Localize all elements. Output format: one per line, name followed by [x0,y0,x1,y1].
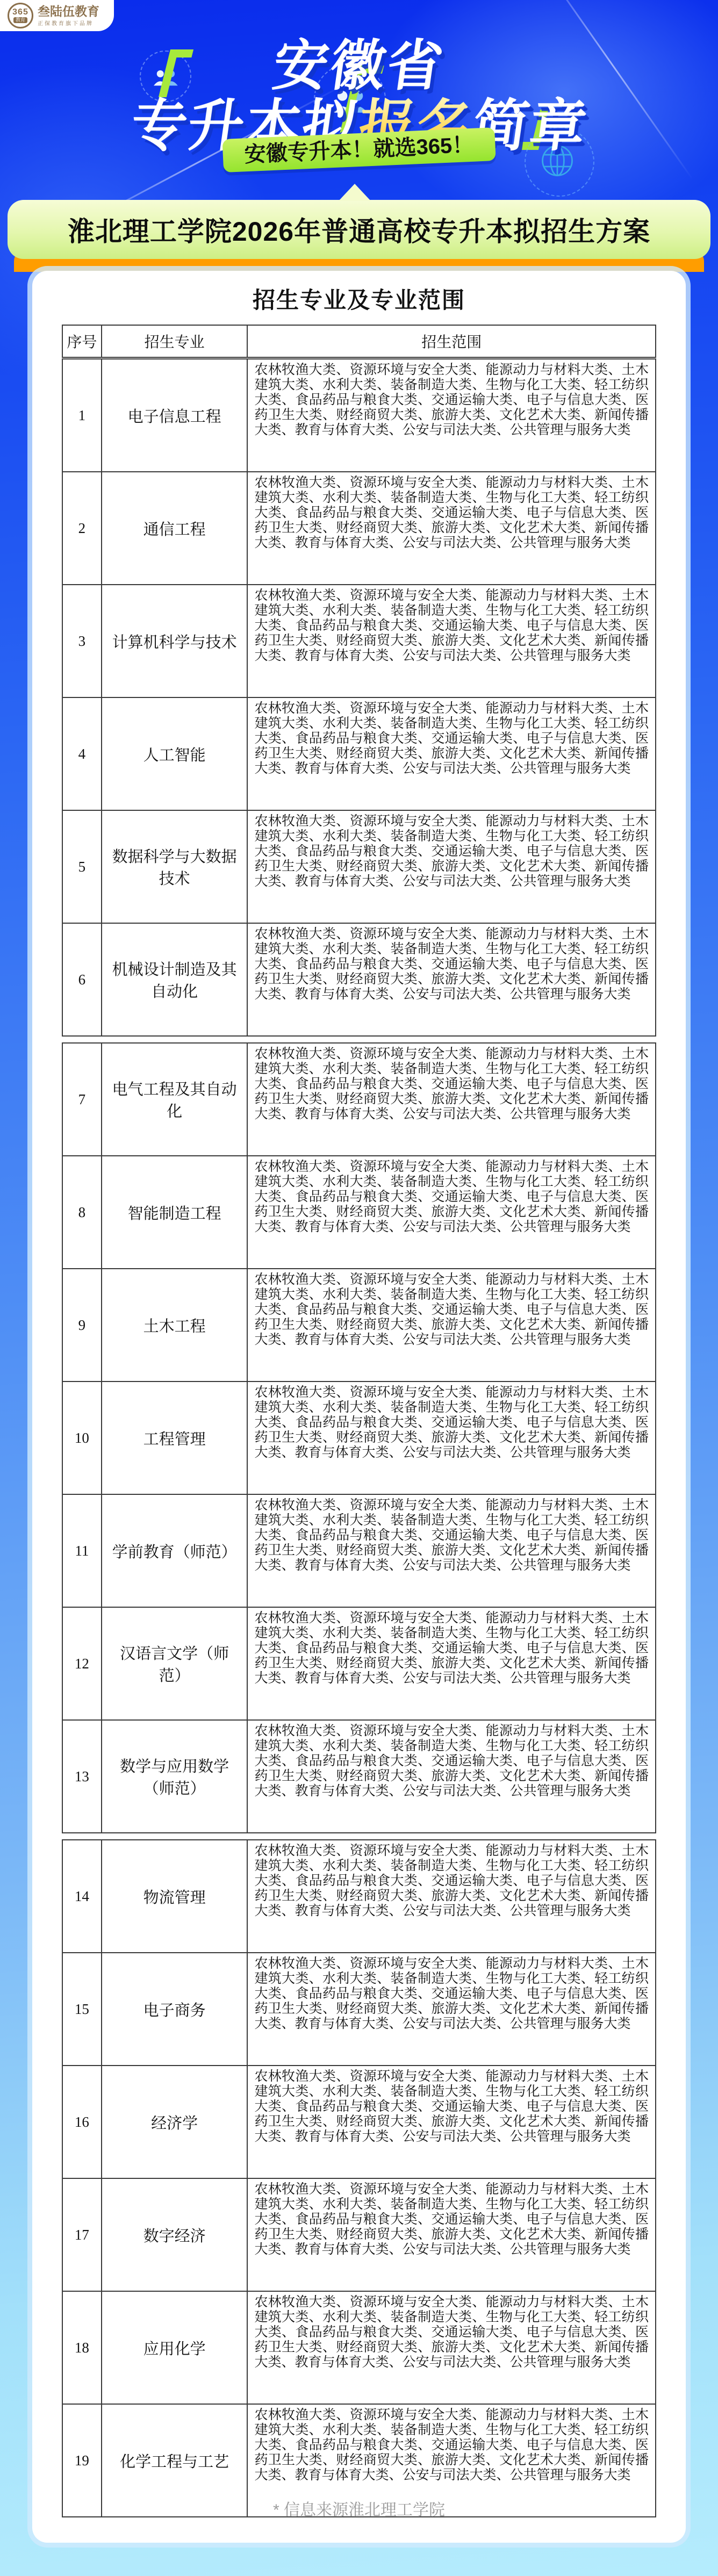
cell-major-name: 物流管理 [102,1840,248,1953]
table-row: 5数据科学与大数据技术农林牧渔大类、资源环境与安全大类、能源动力与材料大类、土木… [62,810,656,923]
table-row: 7电气工程及其自动化农林牧渔大类、资源环境与安全大类、能源动力与材料大类、土木建… [62,1043,656,1156]
cell-serial-number: 9 [62,1269,102,1381]
majors-table-zone: 序号招生专业招生范围1电子信息工程农林牧渔大类、资源环境与安全大类、能源动力与材… [62,325,656,2523]
cell-scope: 农林牧渔大类、资源环境与安全大类、能源动力与材料大类、土木建筑大类、水利大类、装… [247,2066,656,2178]
cell-scope: 农林牧渔大类、资源环境与安全大类、能源动力与材料大类、土木建筑大类、水利大类、装… [247,1720,656,1833]
cell-serial-number: 1 [62,358,102,472]
scope-text: 农林牧渔大类、资源环境与安全大类、能源动力与材料大类、土木建筑大类、水利大类、装… [254,1272,649,1378]
table-row: 3计算机科学与技术农林牧渔大类、资源环境与安全大类、能源动力与材料大类、土木建筑… [62,585,656,697]
cell-scope: 农林牧渔大类、资源环境与安全大类、能源动力与材料大类、土木建筑大类、水利大类、装… [247,1043,656,1156]
table-row: 14物流管理农林牧渔大类、资源环境与安全大类、能源动力与材料大类、土木建筑大类、… [62,1840,656,1953]
cell-serial-number: 4 [62,697,102,810]
cell-serial-number: 18 [62,2291,102,2404]
cell-scope: 农林牧渔大类、资源环境与安全大类、能源动力与材料大类、土木建筑大类、水利大类、装… [247,585,656,697]
scope-text: 农林牧渔大类、资源环境与安全大类、能源动力与材料大类、土木建筑大类、水利大类、装… [254,2182,649,2287]
majors-table-segment: 序号招生专业招生范围1电子信息工程农林牧渔大类、资源环境与安全大类、能源动力与材… [62,325,656,1037]
poster-page: 365 教育 叁陆伍教育 正保教育旗下品牌 [0,0,718,2576]
cell-serial-number: 13 [62,1720,102,1833]
scope-text: 农林牧渔大类、资源环境与安全大类、能源动力与材料大类、土木建筑大类、水利大类、装… [254,814,649,919]
majors-table-segment: 7电气工程及其自动化农林牧渔大类、资源环境与安全大类、能源动力与材料大类、土木建… [62,1042,656,1833]
plan-banner-title: 淮北理工学院2026年普通高校专升本拟招生方案 [68,210,650,249]
table-header-row: 序号招生专业招生范围 [62,325,656,358]
cell-scope: 农林牧渔大类、资源环境与安全大类、能源动力与材料大类、土木建筑大类、水利大类、装… [247,2291,656,2404]
cell-major-name: 电气工程及其自动化 [102,1043,248,1156]
cell-scope: 农林牧渔大类、资源环境与安全大类、能源动力与材料大类、土木建筑大类、水利大类、装… [247,1607,656,1720]
hero-title-line1: 安徽省 [0,38,718,93]
table-row: 10工程管理农林牧渔大类、资源环境与安全大类、能源动力与材料大类、土木建筑大类、… [62,1381,656,1494]
cell-serial-number: 12 [62,1607,102,1720]
cell-scope: 农林牧渔大类、资源环境与安全大类、能源动力与材料大类、土木建筑大类、水利大类、装… [247,923,656,1036]
cell-major-name: 电子信息工程 [102,358,248,472]
table-row: 11学前教育（师范）农林牧渔大类、资源环境与安全大类、能源动力与材料大类、土木建… [62,1494,656,1607]
cell-serial-number: 2 [62,472,102,585]
table-row: 15电子商务农林牧渔大类、资源环境与安全大类、能源动力与材料大类、土木建筑大类、… [62,1953,656,2066]
cell-serial-number: 16 [62,2066,102,2178]
scope-text: 农林牧渔大类、资源环境与安全大类、能源动力与材料大类、土木建筑大类、水利大类、装… [254,1047,649,1152]
brand-badge-sub: 教育 [13,17,27,23]
cell-major-name: 计算机科学与技术 [102,585,248,697]
hero-section: 安徽省 专升本拟报名简章 安徽专升本！就选365！ [0,28,718,205]
cell-serial-number: 8 [62,1156,102,1269]
cell-serial-number: 6 [62,923,102,1036]
scope-text: 农林牧渔大类、资源环境与安全大类、能源动力与材料大类、土木建筑大类、水利大类、装… [254,1611,649,1716]
table-row: 17数字经济农林牧渔大类、资源环境与安全大类、能源动力与材料大类、土木建筑大类、… [62,2178,656,2291]
brand-badge-number: 365 [12,8,28,17]
cell-serial-number: 7 [62,1043,102,1156]
cell-major-name: 数据科学与大数据技术 [102,810,248,923]
column-header: 招生范围 [247,325,656,358]
banner-tail [339,184,371,201]
cell-major-name: 通信工程 [102,472,248,585]
table-row: 16经济学农林牧渔大类、资源环境与安全大类、能源动力与材料大类、土木建筑大类、水… [62,2066,656,2178]
brand-logo: 365 教育 叁陆伍教育 正保教育旗下品牌 [0,0,114,31]
cell-serial-number: 11 [62,1494,102,1607]
cell-major-name: 应用化学 [102,2291,248,2404]
scope-text: 农林牧渔大类、资源环境与安全大类、能源动力与材料大类、土木建筑大类、水利大类、装… [254,1160,649,1265]
table-row: 1电子信息工程农林牧渔大类、资源环境与安全大类、能源动力与材料大类、土木建筑大类… [62,358,656,472]
cell-scope: 农林牧渔大类、资源环境与安全大类、能源动力与材料大类、土木建筑大类、水利大类、装… [247,697,656,810]
cell-major-name: 汉语言文学（师范） [102,1607,248,1720]
cell-scope: 农林牧渔大类、资源环境与安全大类、能源动力与材料大类、土木建筑大类、水利大类、装… [247,1494,656,1607]
cell-serial-number: 5 [62,810,102,923]
cell-major-name: 数字经济 [102,2178,248,2291]
cell-serial-number: 3 [62,585,102,697]
cell-major-name: 机械设计制造及其自动化 [102,923,248,1036]
scope-text: 农林牧渔大类、资源环境与安全大类、能源动力与材料大类、土木建筑大类、水利大类、装… [254,1498,649,1603]
cell-serial-number: 17 [62,2178,102,2291]
cell-serial-number: 10 [62,1381,102,1494]
table-row: 6机械设计制造及其自动化农林牧渔大类、资源环境与安全大类、能源动力与材料大类、土… [62,923,656,1036]
majors-table-segment: 14物流管理农林牧渔大类、资源环境与安全大类、能源动力与材料大类、土木建筑大类、… [62,1839,656,2517]
scope-text: 农林牧渔大类、资源环境与安全大类、能源动力与材料大类、土木建筑大类、水利大类、装… [254,701,649,807]
table-row: 18应用化学农林牧渔大类、资源环境与安全大类、能源动力与材料大类、土木建筑大类、… [62,2291,656,2404]
brand-tagline: 正保教育旗下品牌 [38,19,99,27]
table-row: 12汉语言文学（师范）农林牧渔大类、资源环境与安全大类、能源动力与材料大类、土木… [62,1607,656,1720]
cell-scope: 农林牧渔大类、资源环境与安全大类、能源动力与材料大类、土木建筑大类、水利大类、装… [247,1156,656,1269]
cell-major-name: 电子商务 [102,1953,248,2066]
cell-scope: 农林牧渔大类、资源环境与安全大类、能源动力与材料大类、土木建筑大类、水利大类、装… [247,1840,656,1953]
cell-serial-number: 14 [62,1840,102,1953]
scope-text: 农林牧渔大类、资源环境与安全大类、能源动力与材料大类、土木建筑大类、水利大类、装… [254,1385,649,1491]
cell-major-name: 数学与应用数学（师范） [102,1720,248,1833]
cell-serial-number: 15 [62,1953,102,2066]
scope-text: 农林牧渔大类、资源环境与安全大类、能源动力与材料大类、土木建筑大类、水利大类、装… [254,927,649,1032]
plan-banner: 淮北理工学院2026年普通高校专升本拟招生方案 [8,200,710,259]
cell-scope: 农林牧渔大类、资源环境与安全大类、能源动力与材料大类、土木建筑大类、水利大类、装… [247,472,656,585]
content-card: 招生专业及专业范围 序号招生专业招生范围1电子信息工程农林牧渔大类、资源环境与安… [32,271,686,2543]
cell-scope: 农林牧渔大类、资源环境与安全大类、能源动力与材料大类、土木建筑大类、水利大类、装… [247,2178,656,2291]
column-header: 序号 [62,325,102,358]
cell-major-name: 人工智能 [102,697,248,810]
scope-text: 农林牧渔大类、资源环境与安全大类、能源动力与材料大类、土木建筑大类、水利大类、装… [254,2295,649,2400]
table-row: 8智能制造工程农林牧渔大类、资源环境与安全大类、能源动力与材料大类、土木建筑大类… [62,1156,656,1269]
scope-text: 农林牧渔大类、资源环境与安全大类、能源动力与材料大类、土木建筑大类、水利大类、装… [254,363,649,468]
scope-text: 农林牧渔大类、资源环境与安全大类、能源动力与材料大类、土木建筑大类、水利大类、装… [254,2069,649,2175]
table-row: 4人工智能农林牧渔大类、资源环境与安全大类、能源动力与材料大类、土木建筑大类、水… [62,697,656,810]
cell-scope: 农林牧渔大类、资源环境与安全大类、能源动力与材料大类、土木建筑大类、水利大类、装… [247,358,656,472]
source-footnote: * 信息来源淮北理工学院 [32,2496,686,2520]
scope-text: 农林牧渔大类、资源环境与安全大类、能源动力与材料大类、土木建筑大类、水利大类、装… [254,1724,649,1829]
cell-major-name: 土木工程 [102,1269,248,1381]
table-row: 13数学与应用数学（师范）农林牧渔大类、资源环境与安全大类、能源动力与材料大类、… [62,1720,656,1833]
cell-scope: 农林牧渔大类、资源环境与安全大类、能源动力与材料大类、土木建筑大类、水利大类、装… [247,810,656,923]
cell-major-name: 工程管理 [102,1381,248,1494]
cell-scope: 农林牧渔大类、资源环境与安全大类、能源动力与材料大类、土木建筑大类、水利大类、装… [247,1953,656,2066]
cell-major-name: 智能制造工程 [102,1156,248,1269]
scope-text: 农林牧渔大类、资源环境与安全大类、能源动力与材料大类、土木建筑大类、水利大类、装… [254,476,649,581]
table-row: 2通信工程农林牧渔大类、资源环境与安全大类、能源动力与材料大类、土木建筑大类、水… [62,472,656,585]
table-row: 9土木工程农林牧渔大类、资源环境与安全大类、能源动力与材料大类、土木建筑大类、水… [62,1269,656,1381]
cell-scope: 农林牧渔大类、资源环境与安全大类、能源动力与材料大类、土木建筑大类、水利大类、装… [247,1269,656,1381]
cell-scope: 农林牧渔大类、资源环境与安全大类、能源动力与材料大类、土木建筑大类、水利大类、装… [247,1381,656,1494]
column-header: 招生专业 [102,325,248,358]
cell-major-name: 经济学 [102,2066,248,2178]
brand-badge-icon: 365 教育 [8,3,33,28]
section-heading: 招生专业及专业范围 [32,283,686,315]
cell-major-name: 学前教育（师范） [102,1494,248,1607]
brand-name: 叁陆伍教育 [38,5,99,18]
scope-text: 农林牧渔大类、资源环境与安全大类、能源动力与材料大类、土木建筑大类、水利大类、装… [254,1956,649,2062]
scope-text: 农林牧渔大类、资源环境与安全大类、能源动力与材料大类、土木建筑大类、水利大类、装… [254,588,649,694]
scope-text: 农林牧渔大类、资源环境与安全大类、能源动力与材料大类、土木建筑大类、水利大类、装… [254,1844,649,1949]
